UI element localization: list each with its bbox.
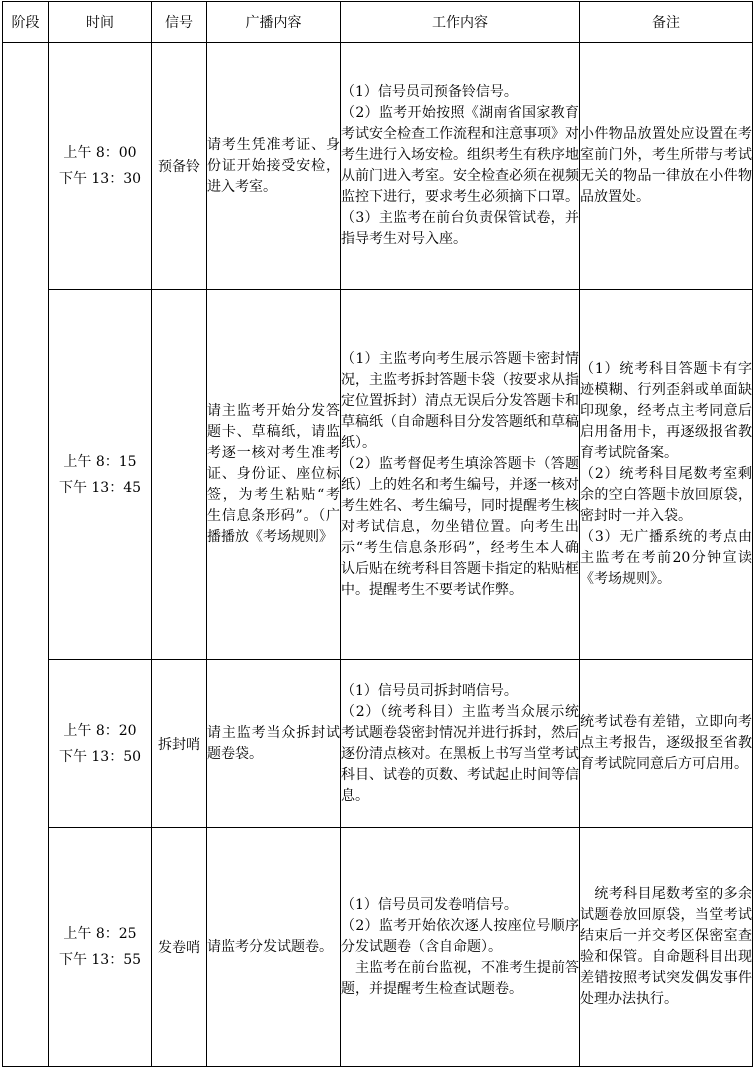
header-signal: 信号 — [152, 2, 207, 43]
note-cell-4: 统考科目尾数考室的多余试题卷放回原袋，当堂考试结束后一并交考区保密室查验和保管。… — [580, 828, 753, 1067]
signal-cell-1: 预备铃 — [152, 43, 207, 290]
signal-cell-3: 拆封哨 — [152, 660, 207, 828]
header-note: 备注 — [580, 2, 753, 43]
time-cell-2: 上午 8：15 下午 13：45 — [49, 290, 152, 660]
work-cell-4: （1）信号员司发卷哨信号。 （2）监考开始依次逐人按座位号顺序分发试题卷（含自命… — [341, 828, 580, 1067]
header-broadcast: 广播内容 — [207, 2, 341, 43]
time-cell-3: 上午 8：20 下午 13：50 — [49, 660, 152, 828]
work-cell-3: （1）信号员司拆封哨信号。 （2）（统考科目）主监考当众展示统考试题卷袋密封情况… — [341, 660, 580, 828]
table-row-4: 上午 8：25 下午 13：55 发卷哨 请监考分发试题卷。 （1）信号员司发卷… — [3, 828, 753, 1067]
stage-cell — [3, 43, 49, 1067]
table-row-3: 上午 8：20 下午 13：50 拆封哨 请主监考当众拆封试题卷袋。 （1）信号… — [3, 660, 753, 828]
header-stage: 阶段 — [3, 2, 49, 43]
table-row-1: 上午 8：00 下午 13：30 预备铃 请考生凭准考证、身份证开始接受安检，进… — [3, 43, 753, 290]
note-cell-1: 小件物品放置处应设置在考室前门外，考生所带与考试无关的物品一律放在小件物品放置处… — [580, 43, 753, 290]
time-cell-1: 上午 8：00 下午 13：30 — [49, 43, 152, 290]
signal-cell-2 — [152, 290, 207, 660]
broadcast-cell-4: 请监考分发试题卷。 — [207, 828, 341, 1067]
signal-cell-4: 发卷哨 — [152, 828, 207, 1067]
header-work: 工作内容 — [341, 2, 580, 43]
work-cell-2: （1）主监考向考生展示答题卡密封情况，主监考拆封答题卡袋（按要求从指定位置拆封）… — [341, 290, 580, 660]
exam-procedure-document: 阶段 时间 信号 广播内容 工作内容 备注 上午 8：00 下午 13：30 预… — [0, 0, 756, 1072]
broadcast-cell-1: 请考生凭准考证、身份证开始接受安检，进入考室。 — [207, 43, 341, 290]
exam-procedure-table: 阶段 时间 信号 广播内容 工作内容 备注 上午 8：00 下午 13：30 预… — [2, 1, 753, 1067]
note-cell-2: （1）统考科目答题卡有字迹模糊、行列歪斜或单面缺印现象，经考点主考同意后启用备用… — [580, 290, 753, 660]
note-cell-3: 统考试卷有差错，立即向考点主考报告，逐级报至省教育考试院同意后方可启用。 — [580, 660, 753, 828]
header-time: 时间 — [49, 2, 152, 43]
broadcast-cell-3: 请主监考当众拆封试题卷袋。 — [207, 660, 341, 828]
broadcast-cell-2: 请主监考开始分发答题卡、草稿纸，请监考逐一核对考生准考证、身份证、座位标签，为考… — [207, 290, 341, 660]
table-row-2: 上午 8：15 下午 13：45 请主监考开始分发答题卡、草稿纸，请监考逐一核对… — [3, 290, 753, 660]
time-cell-4: 上午 8：25 下午 13：55 — [49, 828, 152, 1067]
header-row: 阶段 时间 信号 广播内容 工作内容 备注 — [3, 2, 753, 43]
work-cell-1: （1）信号员司预备铃信号。 （2）监考开始按照《湖南省国家教育考试安全检查工作流… — [341, 43, 580, 290]
